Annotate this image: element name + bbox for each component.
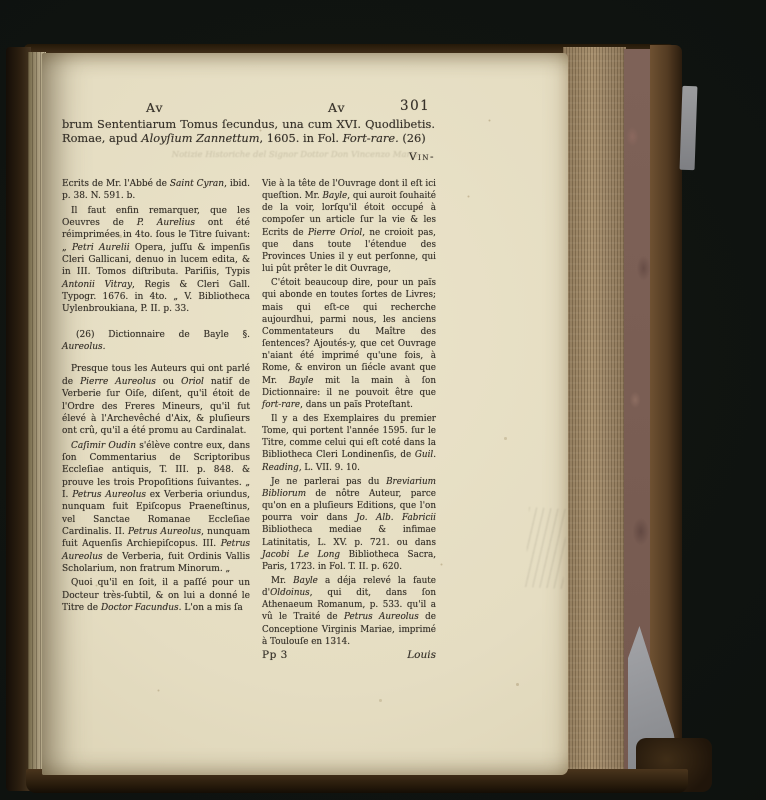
italic-run: Saint Cyran — [170, 179, 224, 189]
italic-run: P. Aurelius — [137, 218, 195, 228]
italic-run: Petrus Aureolus — [128, 527, 201, 537]
italic-run: Petrus Aureolus — [72, 490, 146, 500]
italic-run: Caſimir Oudin — [71, 441, 136, 451]
running-head-left: Av — [146, 100, 164, 115]
left-text-column: Ecrits de Mr. l'Abbé de Saint Cyran, ibi… — [62, 178, 250, 614]
section-catchword: Vin- — [330, 151, 435, 163]
paragraph-body: Quoi qu'il en ſoit, il a paſſé pour un D… — [62, 577, 250, 614]
text-run: (26) Dictionnaire de Bayle §. — [76, 330, 250, 340]
intro-paragraph: brum Sententiarum Tomus ſecundus, una cu… — [62, 117, 435, 145]
italic-run: Doctor Facundus. — [101, 603, 182, 613]
text-run: L'on a mis ſa — [181, 603, 242, 613]
right-text-column: Vie à la tête de l'Ouvrage dont il eſt i… — [262, 178, 436, 648]
fore-edge-page-stack — [563, 47, 626, 776]
fore-edge-inscription — [525, 507, 567, 589]
paragraph-body: Caſimir Oudin s'élève contre eux, dans ſ… — [62, 440, 250, 576]
paragraph-body: C'étoit beaucoup dire, pour un païs qui … — [262, 277, 436, 411]
book-photograph: Notizie Historiche del Signor Dottor Don… — [0, 0, 766, 800]
italic-run: Bayle — [289, 376, 314, 386]
paragraph-body: Presque tous les Auteurs qui ont parlé d… — [62, 363, 250, 437]
signature-mark: Pp 3 — [262, 649, 288, 661]
text-run: , 1605. in Fol. — [260, 131, 343, 145]
text-run: ou — [156, 377, 181, 387]
text-run: Bibliotheca mediae & infimae Latinitatis… — [262, 525, 436, 547]
italic-run: Jacobi Le Long — [262, 550, 340, 560]
italic-run: Pierre Oriol — [308, 228, 362, 238]
paragraph-heading: (26) Dictionnaire de Bayle §. Aureolus. — [62, 329, 250, 354]
italic-run: Aureolus. — [62, 342, 106, 352]
italic-run: Oldoinus — [270, 588, 310, 598]
text-run: Il y a des Exemplaires du premier Tome, … — [262, 414, 436, 460]
running-head-center: Av — [328, 100, 346, 115]
paragraph-body: Mr. Bayle a déja relevé la faute d'Oldoi… — [262, 575, 436, 648]
italic-run: Pierre Aureolus — [80, 377, 156, 387]
italic-run: Bayle — [293, 576, 318, 586]
italic-run: Petrus Aureolus — [344, 612, 419, 622]
italic-run: Bayle — [323, 191, 348, 201]
edge-gray-sliver — [680, 86, 698, 170]
paragraph-body: Je ne parlerai pas du Breviarium Biblior… — [262, 476, 436, 573]
page-catchword: Louis — [407, 649, 436, 661]
italic-run: Aloyſium Zannettum — [141, 131, 259, 145]
italic-run: Petri Aurelii — [72, 243, 130, 253]
italic-run: fort-rare — [262, 400, 300, 410]
paragraph-continuation: Ecrits de Mr. l'Abbé de Saint Cyran, ibi… — [62, 178, 250, 203]
text-run: Ecrits de Mr. l'Abbé de — [62, 179, 170, 189]
foxing-specks — [0, 0, 1, 1]
italic-run: Fort-rare. — [343, 131, 399, 145]
text-run: C'étoit beaucoup dire, pour un païs qui … — [262, 278, 436, 385]
paragraph-continuation: Vie à la tête de l'Ouvrage dont il eſt i… — [262, 178, 436, 275]
page-number: 301 — [400, 98, 430, 114]
paragraph-body: Il faut enfin remarquer, que les Oeuvres… — [62, 205, 250, 316]
page-footer-row: Pp 3 Louis — [262, 649, 436, 661]
italic-run: Antonii Vitray — [62, 280, 132, 290]
right-text-column-wrap: Vie à la tête de l'Ouvrage dont il eſt i… — [262, 178, 436, 661]
text-run: , dans un païs Proteſtant. — [300, 400, 413, 410]
text-run: , L. VII. 9. 10. — [299, 463, 360, 473]
text-run: Mr. — [271, 576, 293, 586]
italic-run: Jo. Alb. Fabricii — [356, 513, 436, 523]
paragraph-body: Il y a des Exemplaires du premier Tome, … — [262, 413, 436, 474]
text-run: Je ne parlerai pas du — [271, 477, 386, 487]
text-run: (26) — [399, 131, 426, 145]
italic-run: Oriol — [181, 377, 204, 387]
